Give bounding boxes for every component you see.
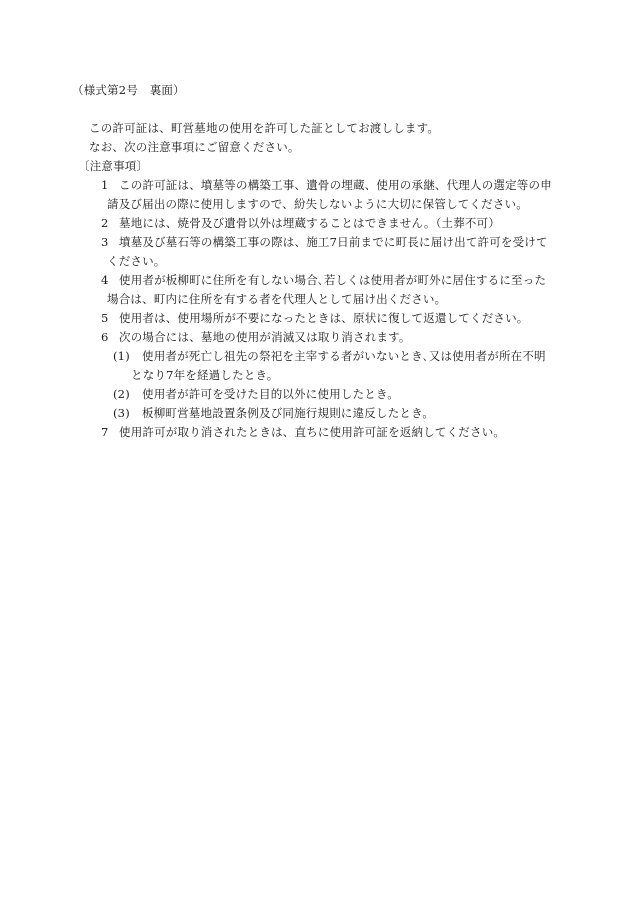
document-page: （様式第2号 裏面） この許可証は、町営墓地の使用を許可した証としてお渡しします… [0, 0, 630, 916]
form-label: （様式第2号 裏面） [72, 81, 185, 100]
note-7-number: 7 [101, 423, 109, 442]
note-6-sub-3-line-1: 板柳町営墓地設置条例及び同施行規則に違反したとき。 [142, 404, 434, 423]
note-2-line-1: 墓地には、焼骨及び遺骨以外は埋蔵することはできません。（土葬不可） [119, 214, 500, 233]
note-4-number: 4 [101, 271, 109, 290]
note-1-number: 1 [101, 176, 109, 195]
note-1-line-1: この許可証は、墳墓等の構築工事、遺骨の埋蔵、使用の承継、代理人の選定等の申 [119, 176, 552, 195]
note-6-sub-2-number: (2) [113, 385, 130, 404]
note-6-number: 6 [101, 328, 109, 347]
note-5-line-1: 使用者は、使用場所が不要になったときは、原状に復して返還してください。 [119, 309, 529, 328]
note-4-line-1: 使用者が板柳町に住所を有しない場合､若しくは使用者が町外に居住するに至った [119, 271, 546, 290]
note-1-line-2: 請及び届出の際に使用しますので、紛失しないように大切に保管してください。 [107, 195, 528, 214]
intro-line-2: なお、次の注意事項にご留意ください。 [89, 138, 300, 157]
note-6-sub-1-number: (1) [113, 347, 130, 366]
note-5-number: 5 [101, 309, 109, 328]
note-3-line-1: 墳墓及び墓石等の構築工事の際は、施工7日前までに町長に届け出て許可を受けて [119, 233, 548, 252]
note-3-number: 3 [101, 233, 109, 252]
note-4-line-2: 場合は、町内に住所を有する者を代理人として届け出ください。 [107, 290, 446, 309]
note-6-sub-1-line-2: となり7年を経過したとき。 [131, 366, 278, 385]
note-3-line-2: ください。 [107, 252, 166, 271]
note-2-number: 2 [101, 214, 109, 233]
note-6-sub-1-line-1: 使用者が死亡し祖先の祭祀を主宰する者がいないとき､又は使用者が所在不明 [142, 347, 546, 366]
note-6-sub-2-line-1: 使用者が許可を受けた目的以外に使用したとき。 [142, 385, 399, 404]
intro-line-1: この許可証は、町営墓地の使用を許可した証としてお渡しします。 [89, 119, 439, 138]
note-6-sub-3-number: (3) [113, 404, 130, 423]
note-7-line-1: 使用許可が取り消されたときは、直ちに使用許可証を返納してください。 [119, 423, 505, 442]
note-6-line-1: 次の場合には、墓地の使用が消滅又は取り消されます。 [119, 328, 411, 347]
notes-heading: 〔注意事項〕 [78, 157, 148, 176]
